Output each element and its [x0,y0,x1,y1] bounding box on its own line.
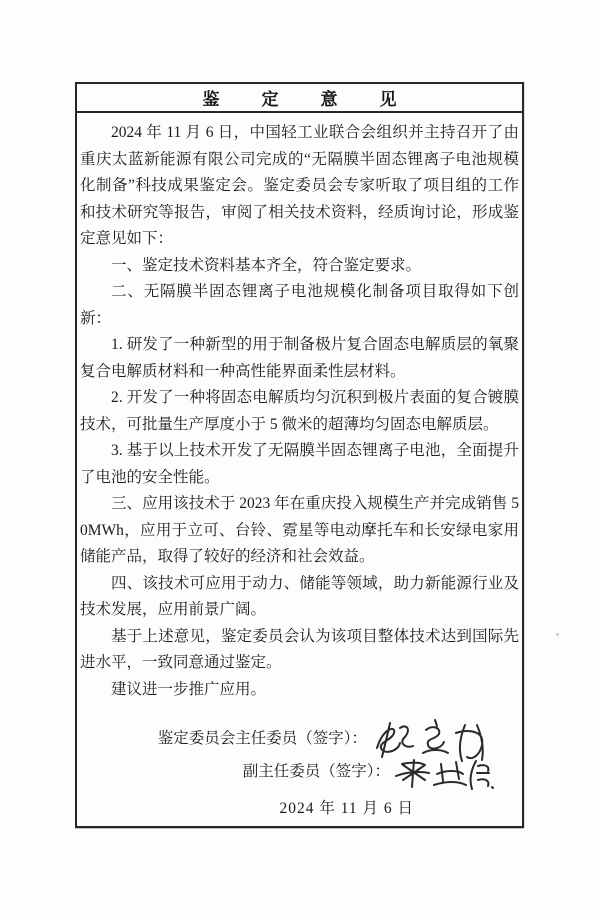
vice-chairman-handwritten-signature [392,756,494,790]
appraisal-document-frame: 鉴定意见 2024 年 11 月 6 日，中国轻工业联合会组织并主持召开了由重庆… [75,82,524,828]
paragraph-intro: 2024 年 11 月 6 日，中国轻工业联合会组织并主持召开了由重庆太蓝新能源… [80,120,519,253]
paragraph-item-1: 一、鉴定技术资料基本齐全，符合鉴定要求。 [80,253,519,280]
paragraph-item-2: 二、无隔膜半固态锂离子电池规模化制备项目取得如下创新： [80,279,519,332]
paragraph-innovation-2: 2. 开发了一种将固态电解质均匀沉积到极片表面的复合镀膜技术，可批量生产厚度小于… [80,385,519,438]
chairman-signature-label: 鉴定委员会主任委员（签字）： [158,726,367,753]
paragraph-innovation-3: 3. 基于以上技术开发了无隔膜半固态锂离子电池，全面提升了电池的安全性能。 [80,438,519,491]
scanned-document-page: 鉴定意见 2024 年 11 月 6 日，中国轻工业联合会组织并主持召开了由重庆… [0,0,600,919]
paragraph-conclusion: 基于上述意见，鉴定委员会认为该项目整体技术达到国际先进水平，一致同意通过鉴定。 [80,624,519,677]
vice-chairman-signature-label: 副主任委员（签字）： [243,759,390,786]
paragraph-suggestion: 建议进一步推广应用。 [80,677,519,704]
document-body: 2024 年 11 月 6 日，中国轻工业联合会组织并主持召开了由重庆太蓝新能源… [77,113,522,823]
document-date: 2024 年 11 月 6 日 [80,796,519,823]
title-band: 鉴定意见 [77,84,522,113]
vice-chairman-signature-row: 副主任委员（签字）： [80,756,519,789]
paragraph-innovation-1: 1. 研发了一种新型的用于制备极片复合固态电解质层的氧聚复合电解质材料和一种高性… [80,332,519,385]
paragraph-item-3: 三、应用该技术于 2023 年在重庆投入规模生产并完成销售 50MWh，应用于立… [80,491,519,571]
scan-artifact-dot [556,633,559,636]
paragraph-item-4: 四、该技术可应用于动力、储能等领域，助力新能源行业及技术发展，应用前景广阔。 [80,571,519,624]
signature-block: 鉴定委员会主任委员（签字）： 副主任委员（签字）： 2024 [80,723,519,823]
chairman-signature-row: 鉴定委员会主任委员（签字）： [80,723,519,756]
page-title: 鉴定意见 [203,85,439,110]
